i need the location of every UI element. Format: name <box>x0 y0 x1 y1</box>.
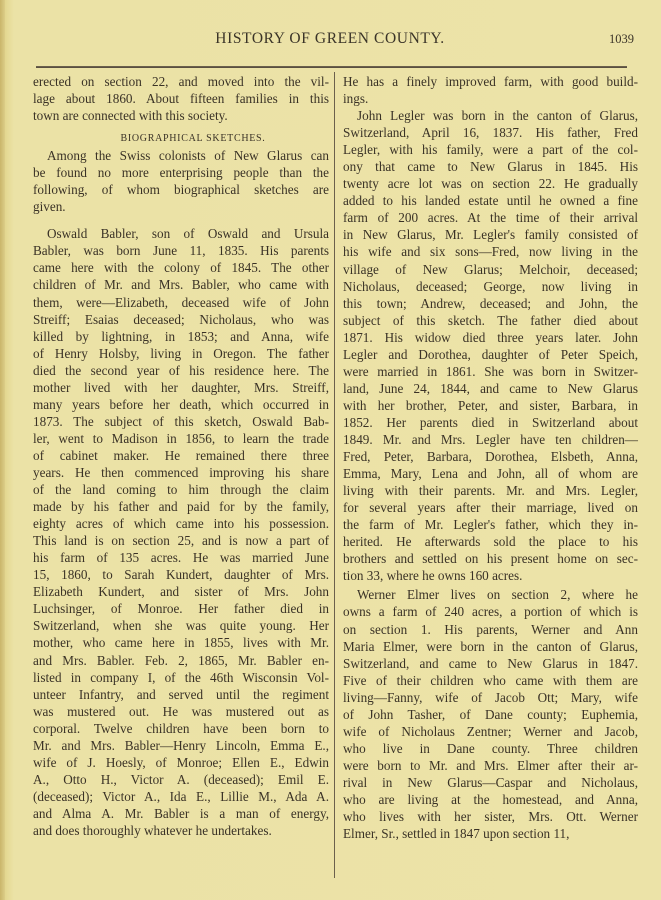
text-line: Legler, with his family, were a part of … <box>343 141 638 158</box>
text-line: rival in New Glarus—Caspar and Nicholaus… <box>343 774 638 791</box>
text-line: this town; Andrew, deceased; and John, t… <box>343 295 638 312</box>
text-line: his wife and six sons—Fred, now living i… <box>343 243 638 260</box>
text-line: was mustered out. He was mustered out as <box>33 703 329 720</box>
text-line: Legler and Dorothea, daughter of Peter S… <box>343 346 638 363</box>
text-line: ler, went to Madison in 1856, to learn t… <box>33 430 329 447</box>
elmer-biography: Werner Elmer lives on section 2, where h… <box>343 586 638 842</box>
page-number: 1039 <box>609 32 634 47</box>
text-line: who lives with her sister, Mrs. Ott. Wer… <box>343 808 638 825</box>
text-line: were born to Mr. and Mrs. Elmer after th… <box>343 757 638 774</box>
text-line: eighty acres of which came into his poss… <box>33 515 329 532</box>
text-line: 1873. The subject of this sketch, Oswald… <box>33 413 329 430</box>
intro-paragraph: erected on section 22, and moved into th… <box>33 73 329 124</box>
text-line: of Henry Holsby, living in Oregon. The f… <box>33 345 329 362</box>
text-line: He has a finely improved farm, with good… <box>343 73 638 90</box>
text-line: many years before her death, which occur… <box>33 396 329 413</box>
text-line: made by his father and paid for by the f… <box>33 498 329 515</box>
text-line: killed by lightning, in 1853; and Anna, … <box>33 328 329 345</box>
text-line: A., Otto H., Victor A. (deceased); Emil … <box>33 771 329 788</box>
text-line: wife of J. Hoesly, of Monroe; Ellen E., … <box>33 754 329 771</box>
running-header: HISTORY OF GREEN COUNTY. 1039 <box>30 28 630 48</box>
text-line: corporal. Twelve children have been born… <box>33 720 329 737</box>
right-column: He has a finely improved farm, with good… <box>343 73 638 842</box>
text-line: Among the Swiss colonists of New Glarus … <box>33 147 329 164</box>
text-line: Luchsinger, of Monroe. Her father died i… <box>33 600 329 617</box>
text-line: them, were—Elizabeth, deceased wife of J… <box>33 294 329 311</box>
text-line: living with their parents. Mr. and Mrs. … <box>343 482 638 499</box>
text-line: Mr. and Mrs. Babler—Henry Lincoln, Emma … <box>33 737 329 754</box>
text-line: added to his landed estate until he owne… <box>343 192 638 209</box>
text-line: in New Glarus, Mr. Legler's family consi… <box>343 226 638 243</box>
text-line: listed in company I, of the 46th Wiscons… <box>33 669 329 686</box>
text-line: Elmer, Sr., settled in 1847 upon section… <box>343 825 638 842</box>
text-line: his farm of 135 acres. He was married Ju… <box>33 549 329 566</box>
text-line: Emma, Mary, Lena and John, all of whom a… <box>343 465 638 482</box>
text-line: farm of 200 acres. At the time of their … <box>343 209 638 226</box>
text-line: 1852. Her parents died in Switzerland ab… <box>343 414 638 431</box>
text-line: years. He then commenced improving his s… <box>33 464 329 481</box>
text-line: subject of this sketch. The father died … <box>343 312 638 329</box>
header-rule <box>36 66 627 68</box>
text-line: on section 1. His parents, Werner and An… <box>343 621 638 638</box>
text-line: lage about 1860. About fifteen families … <box>33 90 329 107</box>
left-column: erected on section 22, and moved into th… <box>33 73 329 839</box>
text-line: came here with the colony of 1845. The o… <box>33 259 329 276</box>
text-line: erected on section 22, and moved into th… <box>33 73 329 90</box>
text-line: twenty acre lot was on section 22. He gr… <box>343 175 638 192</box>
text-line: wife of Nicholaus Zentner; Werner and Ja… <box>343 723 638 740</box>
text-line: tion 33, where he owns 160 acres. <box>343 567 638 584</box>
text-line: 1849. Mr. and Mrs. Legler have ten child… <box>343 431 638 448</box>
babler-biography: Oswald Babler, son of Oswald and UrsulaB… <box>33 225 329 839</box>
text-line: and Mrs. Babler. Feb. 2, 1865, Mr. Bable… <box>33 652 329 669</box>
book-binding-edge <box>0 0 5 900</box>
text-line: with her brother, Peter, and sister, Bar… <box>343 397 638 414</box>
text-line: given. <box>33 198 329 215</box>
text-line: herited. He afterwards sold the place to… <box>343 533 638 550</box>
continuation-paragraph: He has a finely improved farm, with good… <box>343 73 638 107</box>
text-line: died the second year of his residence he… <box>33 362 329 379</box>
text-line: and does thoroughly whatever he undertak… <box>33 822 329 839</box>
text-line: who live in Dane county. Three children <box>343 740 638 757</box>
text-line: Switzerland, and came to New Glarus in 1… <box>343 655 638 672</box>
scanned-page: HISTORY OF GREEN COUNTY. 1039 erected on… <box>0 0 661 900</box>
running-title: HISTORY OF GREEN COUNTY. <box>30 30 630 48</box>
text-line: following, of whom biographical sketches… <box>33 181 329 198</box>
text-line: who are living at the homestead, and Ann… <box>343 791 638 808</box>
text-line: ings. <box>343 90 638 107</box>
text-line: and Alma A. Mr. Babler is a man of energ… <box>33 805 329 822</box>
text-line: the farm of Mr. Legler's father, which t… <box>343 516 638 533</box>
text-line: Nicholaus, deceased; George, now living … <box>343 278 638 295</box>
text-line: children of Mr. and Mrs. Babler, who cam… <box>33 276 329 293</box>
text-line: owns a farm of 240 acres, a portion of w… <box>343 603 638 620</box>
section-heading: BIOGRAPHICAL SKETCHES. <box>33 130 329 147</box>
text-line: This land is on section 25, and is now a… <box>33 532 329 549</box>
text-line: village of New Glarus; Melchoir, decease… <box>343 261 638 278</box>
legler-biography: John Legler was born in the canton of Gl… <box>343 107 638 584</box>
text-line: of the land coming to him through the cl… <box>33 481 329 498</box>
text-line: ony that came to New Glarus in 1845. His <box>343 158 638 175</box>
text-line: 1871. His widow died three years later. … <box>343 329 638 346</box>
text-line: of cabinet maker. He remained there thre… <box>33 447 329 464</box>
text-line: brothers and settled on his present home… <box>343 550 638 567</box>
text-line: Babler, was born June 11, 1835. His pare… <box>33 242 329 259</box>
text-line: Five of their children who came with the… <box>343 672 638 689</box>
text-line: unteer Infantry, and served until the re… <box>33 686 329 703</box>
text-line: living—Fanny, wife of Jacob Ott; Mary, w… <box>343 689 638 706</box>
text-line: Switzerland, when she was quite young. H… <box>33 617 329 634</box>
preface-paragraph: Among the Swiss colonists of New Glarus … <box>33 147 329 215</box>
text-line: be found no more enterprising people tha… <box>33 164 329 181</box>
text-line: Maria Elmer, were born in the canton of … <box>343 638 638 655</box>
text-line: Elizabeth Kundert, and sister of Mrs. Jo… <box>33 583 329 600</box>
text-line: 15, 1860, to Sarah Kundert, daughter of … <box>33 566 329 583</box>
text-line: Switzerland, April 16, 1837. His father,… <box>343 124 638 141</box>
text-line: land, June 24, 1844, and came to New Gla… <box>343 380 638 397</box>
text-line: of John Tasher, of Dane county; Euphemia… <box>343 706 638 723</box>
text-line: (deceased); Victor A., Ida E., Lillie M.… <box>33 788 329 805</box>
text-line: Werner Elmer lives on section 2, where h… <box>343 586 638 603</box>
text-line: town are connected with this society. <box>33 107 329 124</box>
column-divider <box>334 72 335 878</box>
text-line: Fred, Peter, Barbara, Dorothea, Elsbeth,… <box>343 448 638 465</box>
text-line: mother lived with her daughter, Mrs. Str… <box>33 379 329 396</box>
text-line: Oswald Babler, son of Oswald and Ursula <box>33 225 329 242</box>
text-line: were married in 1861. She was born in Sw… <box>343 363 638 380</box>
text-line: mother, who came here in 1855, lives wit… <box>33 634 329 651</box>
text-line: John Legler was born in the canton of Gl… <box>343 107 638 124</box>
text-line: for several years after their marriage, … <box>343 499 638 516</box>
text-line: Streiff; Esaias deceased; Nicholaus, who… <box>33 311 329 328</box>
